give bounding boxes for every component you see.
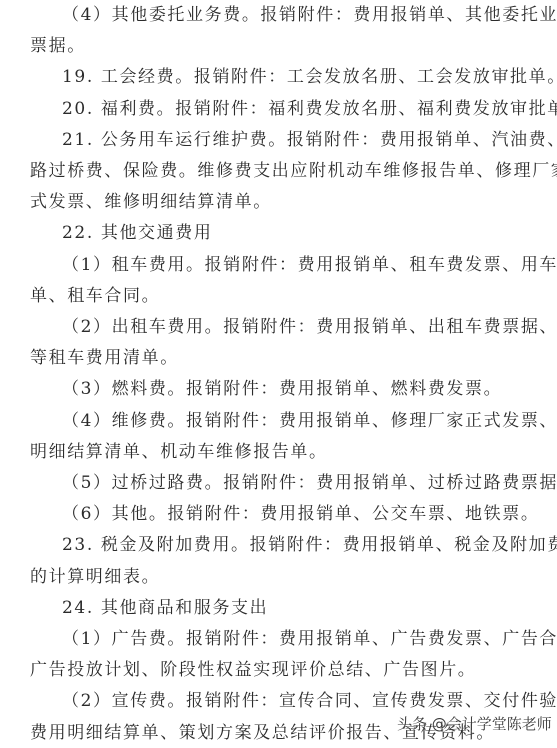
text-line: （4）维修费。报销附件：费用报销单、修理厂家正式发票、维修	[62, 410, 557, 432]
text-line: 20. 福利费。报销附件：福利费发放名册、福利费发放审批单。	[62, 98, 557, 120]
text-line: （3）燃料费。报销附件：费用报销单、燃料费发票。	[62, 378, 502, 400]
text-line: （2）出租车费用。报销附件：费用报销单、出租车费票据、滴滴	[62, 316, 557, 338]
text-line: 19. 工会经费。报销附件：工会发放名册、工会发放审批单。	[62, 66, 557, 88]
text-line: 22. 其他交通费用	[62, 222, 212, 244]
text-line: 单、租车合同。	[30, 285, 160, 307]
text-line: 路过桥费、保险费。维修费支出应附机动车维修报告单、修理厂家正	[30, 160, 557, 182]
text-line: 24. 其他商品和服务支出	[62, 597, 268, 619]
text-line: 式发票、维修明细结算清单。	[30, 191, 272, 213]
text-line: 明细结算清单、机动车维修报告单。	[30, 441, 328, 463]
text-line: 广告投放计划、阶段性权益实现评价总结、广告图片。	[30, 659, 476, 681]
text-line: 的计算明细表。	[30, 566, 160, 588]
text-line: （4）其他委托业务费。报销附件：费用报销单、其他委托业务费	[62, 4, 557, 26]
text-line: 23. 税金及附加费用。报销附件：费用报销单、税金及附加费用	[62, 534, 557, 556]
text-line: 21. 公务用车运行维护费。报销附件：费用报销单、汽油费、过	[62, 129, 557, 151]
text-line: （1）广告费。报销附件：费用报销单、广告费发票、广告合同、	[62, 628, 557, 650]
text-line: 票据。	[30, 35, 86, 57]
text-line: （6）其他。报销附件：费用报销单、公交车票、地铁票。	[62, 503, 539, 525]
watermark: 头条 @会计学堂陈老师	[397, 713, 552, 734]
text-line: （2）宣传费。报销附件：宣传合同、宣传费发票、交付件验收单、	[62, 690, 557, 712]
text-line: （5）过桥过路费。报销附件：费用报销单、过桥过路费票据。	[62, 472, 557, 494]
text-line: （1）租车费用。报销附件：费用报销单、租车费发票、用车申请	[62, 254, 557, 276]
text-line: 等租车费用清单。	[30, 347, 179, 369]
